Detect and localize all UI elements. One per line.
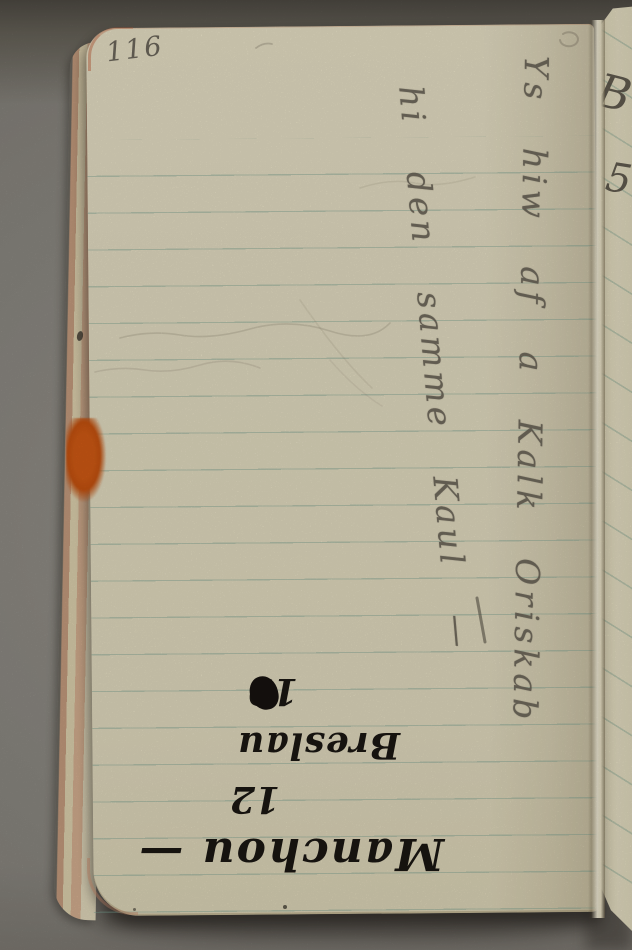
paper-speck — [283, 905, 287, 909]
notebook-photo: B 5 116 Ys hiw af a Kalk Oriskab hi den … — [0, 0, 632, 950]
ink-line-city-1: Manchou — — [136, 826, 444, 880]
ink-note-upside-down: Manchou — 12 Breslau 19 — [136, 650, 448, 880]
paper-speck — [133, 908, 136, 911]
gutter-fold-highlight — [588, 20, 605, 918]
ink-line-number-1: 12 — [136, 772, 280, 826]
ink-line-city-2: Breslau — [136, 718, 400, 772]
orange-paint-smudge — [66, 418, 106, 502]
ink-line-number-2: 19 — [136, 664, 298, 718]
